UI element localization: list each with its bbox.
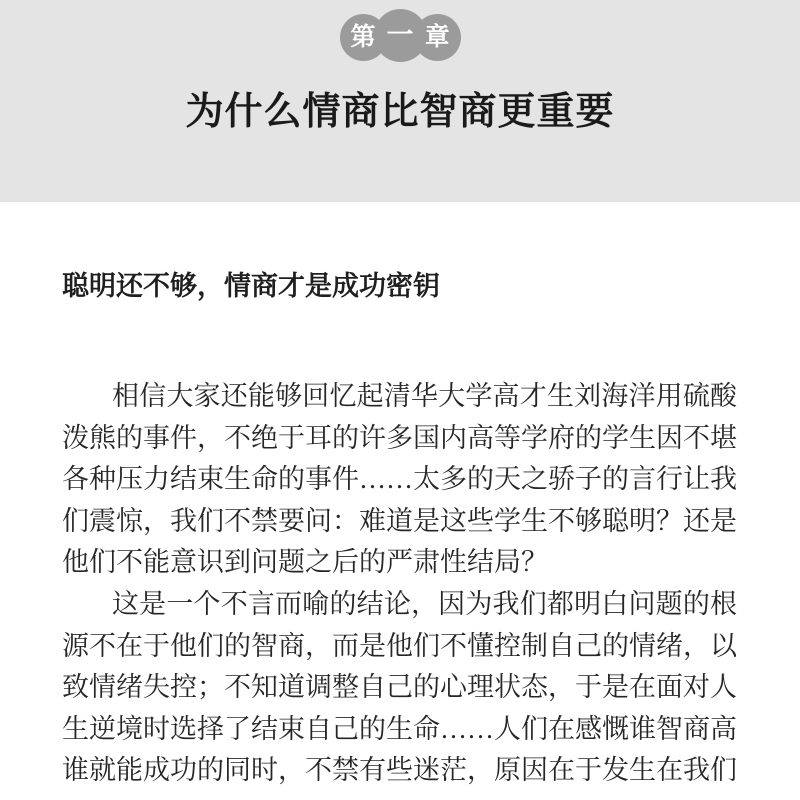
body-line: 相信大家还能够回忆起清华大学高才生刘海洋用硫酸 bbox=[62, 376, 737, 418]
chapter-badge-char: 一 bbox=[387, 22, 414, 49]
reading-area: 聪明还不够，情商才是成功密钥 相信大家还能够回忆起清华大学高才生刘海洋用硫酸泼熊… bbox=[0, 202, 800, 800]
body-line: 们震惊，我们不禁要问：难道是这些学生不够聪明？还是 bbox=[62, 501, 737, 543]
chapter-badge-char: 第 bbox=[350, 25, 375, 50]
body-line: 各种压力结束生命的事件……太多的天之骄子的言行让我 bbox=[62, 459, 737, 501]
body-text: 相信大家还能够回忆起清华大学高才生刘海洋用硫酸泼熊的事件，不绝于耳的许多国内高等… bbox=[62, 376, 737, 792]
body-line: 致情绪失控；不知道调整自己的心理状态，于是在面对人 bbox=[62, 667, 737, 709]
chapter-badge-circle: 一 bbox=[374, 9, 427, 62]
body-line: 这是一个不言而喻的结论，因为我们都明白问题的根 bbox=[62, 584, 737, 626]
body-line: 泼熊的事件，不绝于耳的许多国内高等学府的学生因不堪 bbox=[62, 418, 737, 460]
chapter-badge-char: 章 bbox=[424, 25, 449, 50]
body-line: 他们不能意识到问题之后的严肃性结局？ bbox=[62, 542, 737, 584]
chapter-header: 第 一 章 为什么情商比智商更重要 bbox=[0, 0, 800, 202]
chapter-badge: 第 一 章 bbox=[340, 11, 461, 63]
chapter-title: 为什么情商比智商更重要 bbox=[185, 90, 614, 134]
section-heading: 聪明还不够，情商才是成功密钥 bbox=[62, 271, 737, 302]
body-line: 源不在于他们的智商，而是他们不懂控制自己的情绪，以 bbox=[62, 626, 737, 668]
body-line: 生逆境时选择了结束自己的生命……人们在感慨谁智商高 bbox=[62, 709, 737, 751]
body-line: 谁就能成功的同时，不禁有些迷茫，原因在于发生在我们 bbox=[62, 750, 737, 792]
book-page[interactable]: 第 一 章 为什么情商比智商更重要 聪明还不够，情商才是成功密钥 相信大家还能够… bbox=[0, 0, 800, 800]
